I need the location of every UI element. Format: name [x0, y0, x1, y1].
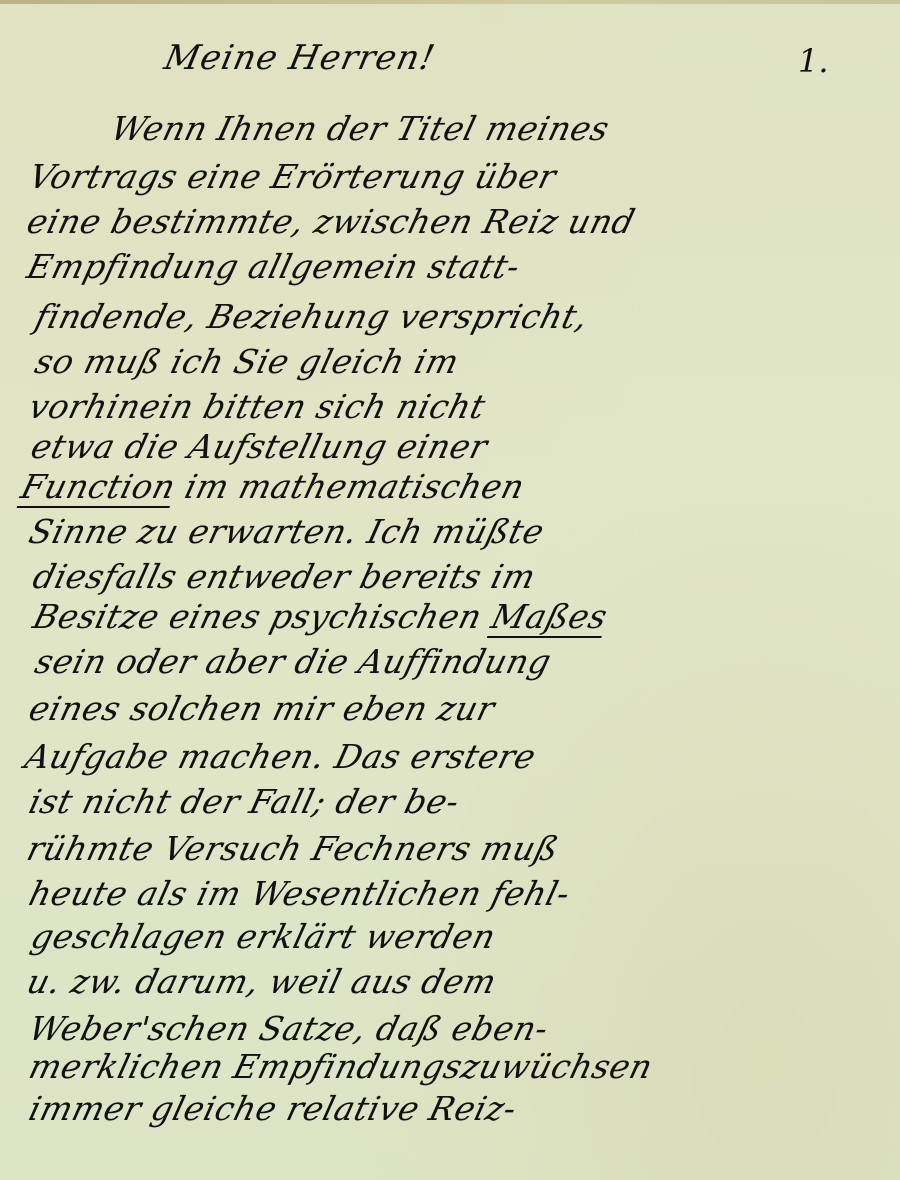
- word: ist: [25, 782, 77, 821]
- word: relative: [283, 1089, 424, 1128]
- text-line: sein oder aber die Auffindung: [32, 645, 555, 678]
- word: darum,: [132, 962, 264, 1001]
- word: muß: [80, 342, 166, 381]
- word: der: [177, 782, 245, 821]
- text-line: Besitze eines psychischen Maßes: [30, 600, 611, 633]
- word: eben-: [448, 1009, 553, 1048]
- word: rühmte: [23, 829, 158, 868]
- word: Empfindung: [23, 247, 243, 286]
- word: bereits: [356, 557, 486, 596]
- paper-top-edge: [0, 0, 900, 4]
- word: über: [471, 157, 560, 196]
- word: sein: [31, 642, 111, 681]
- word: der: [323, 109, 391, 148]
- word: verspricht,: [395, 297, 592, 336]
- text-line: Weber'schen Satze, daß eben-: [26, 1012, 552, 1045]
- word: vorhinein: [25, 387, 198, 426]
- word: be-: [401, 782, 464, 821]
- word: Sinne: [25, 512, 132, 551]
- word: Function: [17, 467, 180, 506]
- text-line: merklichen Empfindungszuwüchsen: [26, 1050, 656, 1083]
- word: müßte: [429, 512, 549, 551]
- word: Ihnen: [213, 109, 322, 148]
- word: Reiz: [479, 202, 563, 241]
- word: findende,: [31, 297, 202, 336]
- word: allgemein: [244, 247, 422, 286]
- word: bestimmte,: [107, 202, 309, 241]
- word: sich: [312, 387, 391, 426]
- word: Wesentlichen: [247, 874, 486, 913]
- word: Wenn: [107, 109, 212, 148]
- word: zur: [433, 689, 499, 728]
- word: eines: [25, 689, 125, 728]
- word: Fechners: [308, 829, 476, 868]
- word: und: [564, 202, 639, 241]
- word: Fall;: [246, 782, 331, 821]
- word: dem: [417, 962, 500, 1001]
- word: Maßes: [487, 597, 611, 636]
- word: statt-: [424, 247, 524, 286]
- word: im: [193, 874, 246, 913]
- text-line: vorhinein bitten sich nicht: [26, 390, 489, 423]
- word: mir: [269, 689, 338, 728]
- word: Weber'schen: [25, 1009, 254, 1048]
- word: Besitze: [29, 597, 164, 636]
- word: Ich: [364, 512, 428, 551]
- word: zu: [134, 512, 183, 551]
- text-line: eine bestimmte, zwischen Reiz und: [24, 205, 638, 238]
- word: meines: [482, 109, 614, 148]
- word: fehl-: [487, 874, 574, 913]
- word: Erörterung: [267, 157, 469, 196]
- word: im: [181, 467, 234, 506]
- word: zwischen: [310, 202, 477, 241]
- word: eben: [339, 689, 432, 728]
- word: eine: [23, 202, 106, 241]
- page-number: 1.: [798, 42, 829, 80]
- word: die: [121, 427, 183, 466]
- text-line: Empfindung allgemein statt-: [24, 250, 524, 283]
- word: u.: [23, 962, 65, 1001]
- text-line: diesfalls entweder bereits im: [30, 560, 539, 593]
- word: der: [332, 782, 400, 821]
- text-line: u. zw. darum, weil aus dem: [24, 965, 500, 998]
- text-line: Function im mathematischen: [18, 470, 528, 503]
- word: Aufstellung: [185, 427, 392, 466]
- word: Versuch: [160, 829, 307, 868]
- word: erwarten.: [184, 512, 362, 551]
- salutation: Meine Herren!: [161, 38, 439, 78]
- word: heute: [25, 874, 132, 913]
- word: nicht: [393, 387, 490, 426]
- text-line: eines solchen mir eben zur: [26, 692, 498, 725]
- text-line: Wenn Ihnen der Titel meines: [108, 112, 613, 145]
- word: zw.: [67, 962, 130, 1001]
- word: die: [291, 642, 353, 681]
- word: entweder: [183, 557, 355, 596]
- word: ich: [167, 342, 229, 381]
- word: immer: [25, 1089, 146, 1128]
- word: Sie: [230, 342, 294, 381]
- word: erstere: [406, 737, 540, 776]
- word: werden: [362, 917, 500, 956]
- text-line: Aufgabe machen. Das erstere: [22, 740, 539, 773]
- word: gleich: [295, 342, 409, 381]
- word: Titel: [392, 109, 480, 148]
- word: Aufgabe: [21, 737, 173, 776]
- word: nicht: [78, 782, 175, 821]
- word: weil: [265, 962, 346, 1001]
- word: einer: [393, 427, 492, 466]
- word: psychischen: [266, 597, 486, 636]
- word: aus: [347, 962, 416, 1001]
- text-line: ist nicht der Fall; der be-: [26, 785, 463, 818]
- text-line: so muß ich Sie gleich im: [32, 345, 462, 378]
- word: als: [133, 874, 191, 913]
- word: Reiz-: [425, 1089, 521, 1128]
- word: Satze,: [255, 1009, 371, 1048]
- word: bitten: [199, 387, 311, 426]
- word: gleiche: [147, 1089, 281, 1128]
- word: Empfindungszuwüchsen: [229, 1047, 657, 1086]
- text-line: rühmte Versuch Fechners muß: [24, 832, 562, 865]
- word: merklichen: [25, 1047, 228, 1086]
- word: oder: [112, 642, 200, 681]
- text-line: immer gleiche relative Reiz-: [26, 1092, 520, 1125]
- word: etwa: [27, 427, 119, 466]
- text-line: etwa die Aufstellung einer: [28, 430, 491, 463]
- word: Das: [331, 737, 405, 776]
- word: aber: [202, 642, 290, 681]
- word: erklärt: [233, 917, 361, 956]
- word: Auffindung: [355, 642, 556, 681]
- text-line: Vortrags eine Erörterung über: [26, 160, 560, 193]
- word: daß: [372, 1009, 446, 1048]
- text-line: Sinne zu erwarten. Ich müßte: [26, 515, 548, 548]
- text-line: heute als im Wesentlichen fehl-: [26, 877, 574, 910]
- word: solchen: [126, 689, 267, 728]
- text-line: findende, Beziehung verspricht,: [32, 300, 592, 333]
- word: eines: [165, 597, 265, 636]
- word: so: [31, 342, 79, 381]
- manuscript-page: Meine Herren! 1. Wenn Ihnen der Titel me…: [0, 0, 900, 1180]
- word: mathematischen: [235, 467, 529, 506]
- word: Vortrags: [25, 157, 182, 196]
- word: machen.: [174, 737, 329, 776]
- text-line: geschlagen erklärt werden: [28, 920, 499, 953]
- word: im: [487, 557, 540, 596]
- word: Beziehung: [204, 297, 394, 336]
- word: muß: [477, 829, 563, 868]
- word: im: [411, 342, 464, 381]
- word: diesfalls: [29, 557, 181, 596]
- word: eine: [183, 157, 266, 196]
- word: geschlagen: [27, 917, 231, 956]
